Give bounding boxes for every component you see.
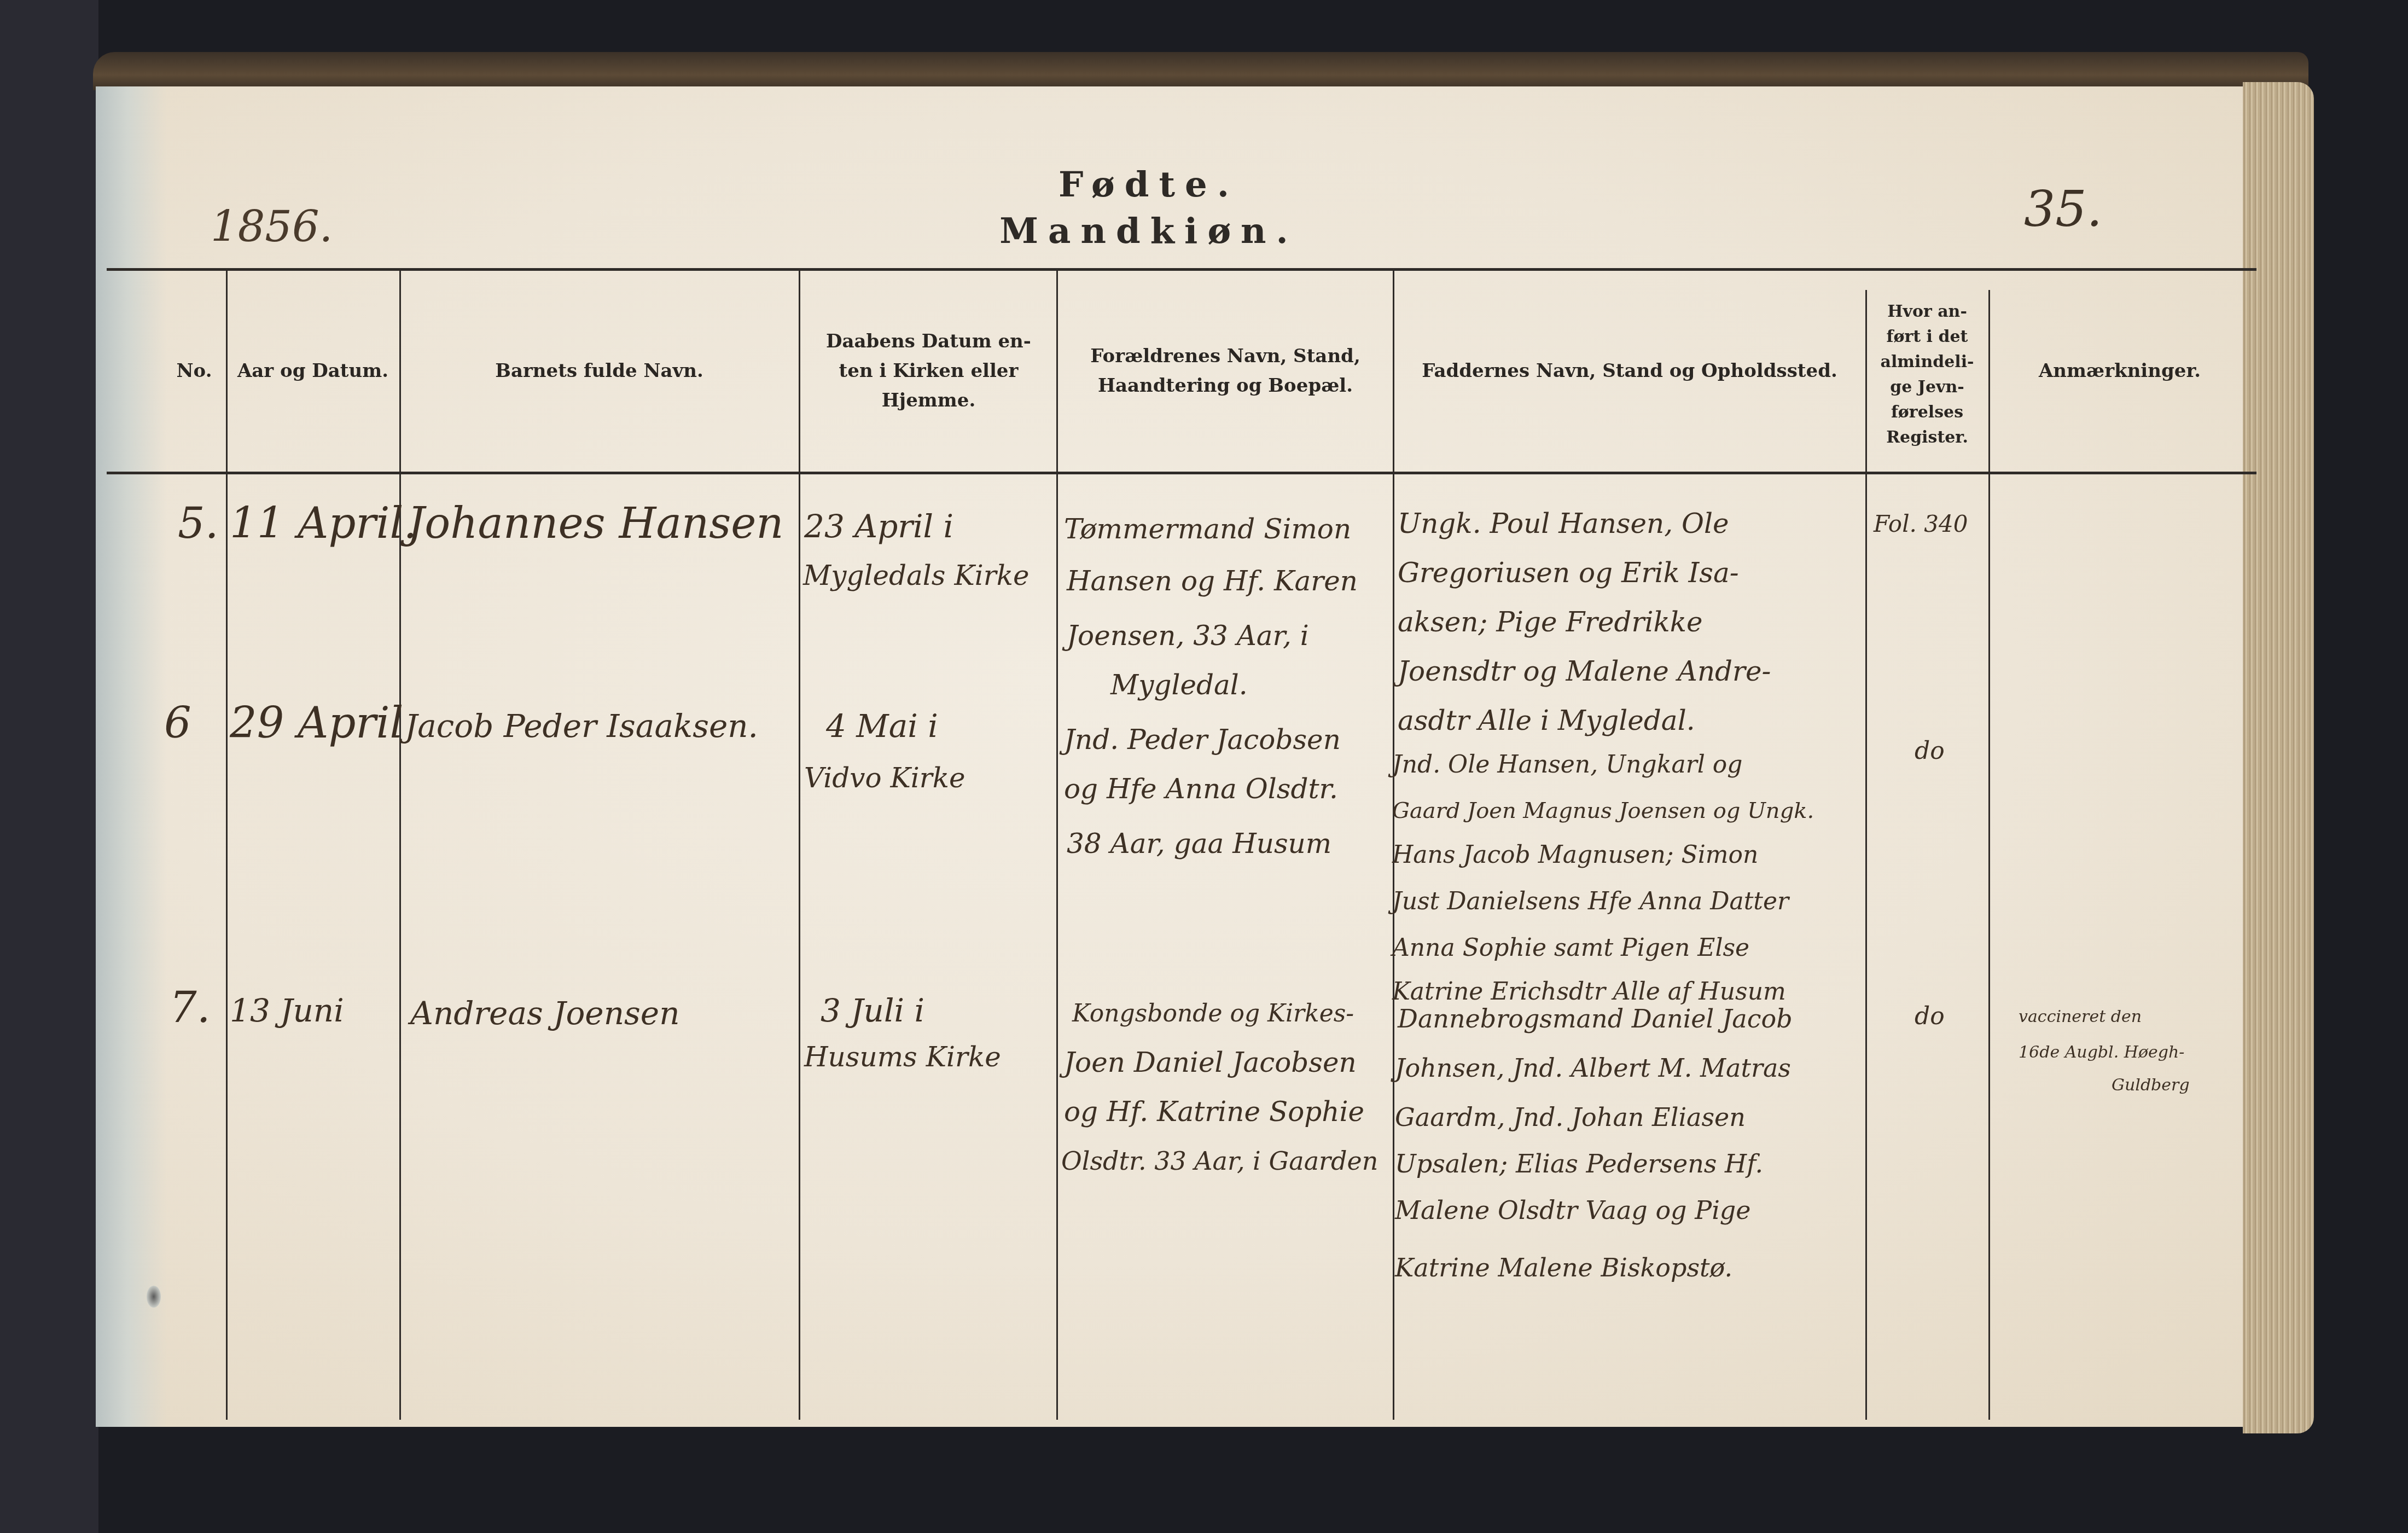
book-cover-left (0, 0, 98, 1533)
remarks-line: Guldberg (2112, 1070, 2190, 1101)
row-number: 5. (178, 495, 218, 553)
page-gutter (96, 86, 167, 1427)
header-baptism: Daabens Datum en- ten i Kirken eller Hje… (804, 271, 1053, 471)
col-divider (1056, 271, 1058, 1420)
parents-line: Mygledal. (1110, 657, 1248, 714)
page-edges-stack (2243, 82, 2314, 1433)
sponsors-line: Malene Olsdtr Vaag og Pige (1395, 1182, 1751, 1239)
col-divider (1865, 290, 1867, 1420)
row-number: 6 (164, 695, 191, 752)
parents-line: Tømmermand Simon (1064, 501, 1351, 558)
child-name: Andreas Joensen (410, 985, 680, 1042)
baptism-line: Husums Kirke (804, 1029, 1001, 1086)
child-name: Johannes Hansen (408, 495, 784, 553)
header-bottom-rule (107, 472, 2256, 474)
parents-line: Olsdtr. 33 Aar, i Gaarden (1061, 1133, 1378, 1190)
row-number: 7. (170, 979, 210, 1037)
header-child-name: Barnets fulde Navn. (401, 271, 798, 471)
child-name: Jacob Peder Isaaksen. (405, 698, 758, 755)
page-number: 35. (2024, 181, 2102, 238)
sponsors-line: Katrine Malene Biskopstø. (1395, 1239, 1732, 1297)
birth-date: 29 April (230, 695, 403, 752)
register-reference: do (1915, 988, 1945, 1045)
birth-date: 13 Juni (230, 982, 344, 1040)
header-vaccination-register: Hvor an- ført i det almindeli- ge Jevn- … (1868, 279, 1987, 471)
register-reference: do (1915, 722, 1945, 780)
baptism-line: 4 Mai i (826, 698, 938, 755)
col-divider (799, 271, 800, 1420)
baptism-line: Mygledals Kirke (803, 547, 1029, 605)
baptism-line: Vidvo Kirke (804, 750, 965, 807)
birth-date: 11 April. (230, 495, 417, 553)
header-no: No. (164, 271, 224, 471)
parents-line: og Hfe Anna Olsdtr. (1064, 760, 1338, 818)
header-remarks: Anmærkninger. (1991, 271, 2248, 471)
header-parents: Forældrenes Navn, Stand, Haandtering og … (1061, 271, 1389, 471)
parents-line: Hansen og Hf. Karen (1067, 553, 1358, 610)
col-divider (1988, 290, 1990, 1420)
header-sponsors: Faddernes Navn, Stand og Opholdssted. (1395, 271, 1864, 471)
remarks-line: 16de Augbl. Høegh- (2019, 1037, 2184, 1069)
page-title: Fødte. (930, 164, 1368, 205)
year-label: 1856. (211, 202, 333, 252)
book-binding-top (93, 52, 2308, 90)
binding-hole (147, 1286, 161, 1308)
remarks-line: vaccineret den (2019, 1001, 2142, 1033)
header-date: Aar og Datum. (228, 271, 398, 471)
register-reference: Fol. 340 (1874, 495, 1968, 553)
page-subtitle: Mandkiøn. (930, 211, 1368, 252)
parents-line: 38 Aar, gaa Husum (1067, 815, 1331, 873)
